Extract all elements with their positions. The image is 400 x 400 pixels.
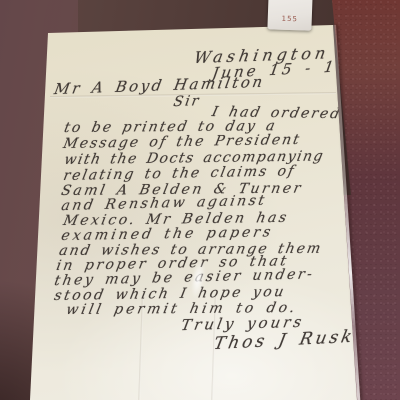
letter-salutation: Sir	[172, 93, 202, 110]
sticker-number: 155	[281, 15, 298, 24]
catalog-sticker: 155	[267, 0, 312, 31]
letter-photo: Washington June 15 - 1852 Mr A Boyd Hami…	[0, 0, 400, 400]
